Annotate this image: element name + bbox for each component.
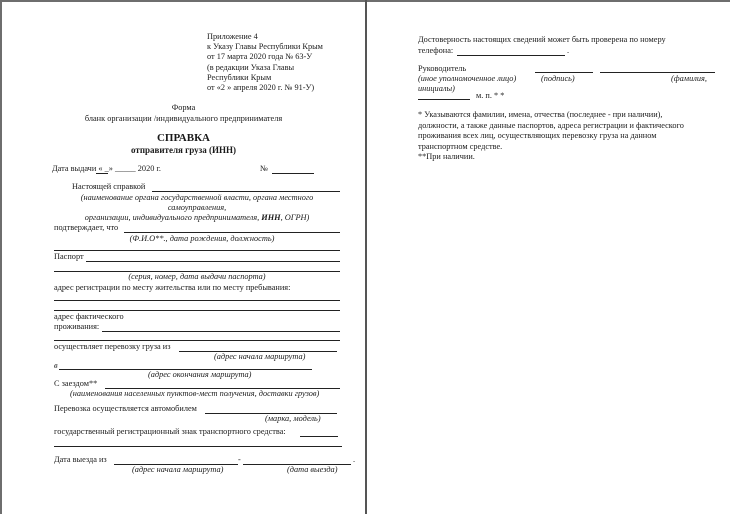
appendix-line: Приложение 4 xyxy=(207,32,323,42)
to-label: в xyxy=(54,361,58,371)
issue-day-field[interactable] xyxy=(96,173,108,174)
name-hint-cont: инициалы) xyxy=(418,84,455,94)
appendix-line: от «2 » апреля 2020 г. № 91-У) xyxy=(207,83,323,93)
departure-dash: - xyxy=(238,455,241,465)
appendix-line: Республики Крым xyxy=(207,73,323,83)
vehicle-label: Перевозка осуществляется автомобилем xyxy=(54,404,197,414)
appendix-block: Приложение 4 к Указу Главы Республики Кр… xyxy=(207,32,323,93)
footnote-line: транспортном средстве. xyxy=(418,142,684,153)
footnote-line: проживания всех лиц, осуществляющих пере… xyxy=(418,131,684,142)
stamp-date-field[interactable] xyxy=(418,99,470,100)
form-label: Форма xyxy=(2,103,365,113)
name-field[interactable] xyxy=(600,72,715,73)
plate-field[interactable] xyxy=(300,436,338,437)
phone-dot: . xyxy=(567,46,569,56)
stops-label: С заездом** xyxy=(54,379,97,389)
verify-text: Достоверность настоящих сведений может б… xyxy=(418,35,666,45)
passport-hint: (серия, номер, дата выдачи паспорта) xyxy=(72,272,322,282)
stops-hint: (наименования населенных пунктов-мест по… xyxy=(70,389,319,399)
passport-field[interactable] xyxy=(86,261,340,262)
head-hint: (иное уполномоченное лицо) xyxy=(418,74,516,84)
footnote-line: должности, а также данные паспортов, адр… xyxy=(418,121,684,132)
head-label: Руководитель xyxy=(418,64,466,74)
certify-hint: (наименование органа государственной вла… xyxy=(42,193,352,203)
transports-from-label: осуществляет перевозку груза из xyxy=(54,342,171,352)
document-subtitle: отправителя груза (ИНН) xyxy=(2,145,365,155)
phone-label: телефона: xyxy=(418,46,453,56)
page-2: Достоверность настоящих сведений может б… xyxy=(367,0,730,514)
certify-label: Настоящей справкой xyxy=(72,182,145,192)
actual-address-label: проживания: xyxy=(54,322,99,332)
certify-hint: самоуправления, xyxy=(42,203,352,213)
page-1: Приложение 4 к Указу Главы Республики Кр… xyxy=(2,0,365,514)
number-field[interactable] xyxy=(272,173,314,174)
appendix-line: к Указу Главы Республики Крым xyxy=(207,42,323,52)
route-end-hint: (адрес окончания маршрута) xyxy=(148,370,251,380)
departure-date-hint: (дата выезда) xyxy=(287,465,337,475)
appendix-line: от 17 марта 2020 года № 63-У xyxy=(207,52,323,62)
footnote: * Указываются фамилии, имена, отчества (… xyxy=(418,110,684,163)
person-field[interactable] xyxy=(124,232,340,233)
signature-hint: (подпись) xyxy=(541,74,575,84)
passport-label: Паспорт xyxy=(54,252,84,262)
confirms-label: подтверждает, что xyxy=(54,223,118,233)
document-title: СПРАВКА xyxy=(2,133,365,143)
plate-field-line2[interactable] xyxy=(54,446,342,447)
departure-label: Дата выезда из xyxy=(54,455,107,465)
form-sublabel: бланк организации /индивидуального предп… xyxy=(2,114,365,124)
departure-address-hint: (адрес начала маршрута) xyxy=(132,465,223,475)
person-hint: (Ф.И.О**., дата рождения, должность) xyxy=(82,234,322,244)
blank-line[interactable] xyxy=(54,250,340,251)
reg-address-label: адрес регистрации по месту жительства ил… xyxy=(54,283,290,293)
name-hint: (фамилия, xyxy=(671,74,707,84)
issuer-field[interactable] xyxy=(152,191,340,192)
signature-field[interactable] xyxy=(535,72,593,73)
certify-hint-part: организации, индивидуального предпринима… xyxy=(85,213,262,222)
route-start-hint: (адрес начала маршрута) xyxy=(214,352,305,362)
reg-address-field[interactable] xyxy=(54,300,340,301)
vehicle-hint: (марка, модель) xyxy=(265,414,321,424)
footnote-2: **При наличии. xyxy=(418,152,684,163)
departure-dot: . xyxy=(353,455,355,465)
plate-label: государственный регистрационный знак тра… xyxy=(54,427,286,437)
actual-address-field[interactable] xyxy=(54,340,340,341)
actual-address-field[interactable] xyxy=(102,331,340,332)
inn-label: ИНН xyxy=(261,213,280,222)
certify-hint: организации, индивидуального предпринима… xyxy=(42,213,352,223)
certify-hint-part: , ОГРН) xyxy=(281,213,310,222)
number-label: № xyxy=(260,164,268,174)
stamp-label: м. п. * * xyxy=(476,91,504,101)
appendix-line: (в редакции Указа Главы xyxy=(207,63,323,73)
reg-address-field[interactable] xyxy=(54,310,340,311)
footnote-line: * Указываются фамилии, имена, отчества (… xyxy=(418,110,684,121)
actual-address-label: адрес фактического xyxy=(54,312,124,322)
phone-field[interactable] xyxy=(457,55,565,56)
